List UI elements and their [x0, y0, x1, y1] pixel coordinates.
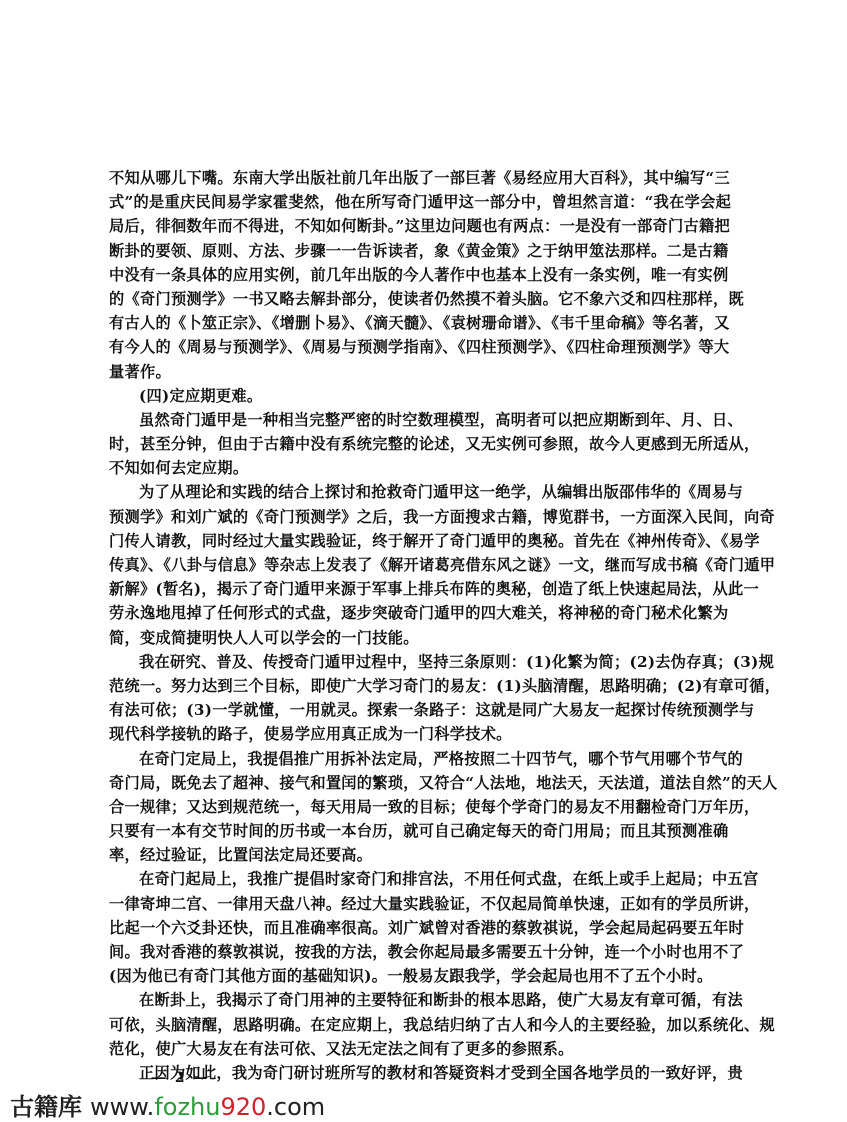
text-line: 为了从理论和实践的结合上探讨和抢救奇门遁甲这一绝学，从编辑出版邵伟华的《周易与: [109, 480, 717, 504]
text-line: 劳永逸地甩掉了任何形式的式盘，逐步突破奇门遁甲的四大难关，将神秘的奇门秘术化繁为: [109, 601, 717, 625]
text-line: 在奇门起局上，我推广提倡时家奇门和排宫法，不用任何式盘，在纸上或手上起局；中五宫: [109, 867, 717, 891]
text-line: 我在研究、普及、传授奇门遁甲过程中，坚持三条原则：(1)化繁为简；(2)去伪存真…: [109, 650, 717, 674]
text-line: 不知如何去定应期。: [109, 456, 717, 480]
watermark: 古籍库www.fozhu920.com: [10, 1087, 325, 1122]
text-line: 局后，徘徊数年而不得进，不知如何断卦。”这里边问题也有两点：一是没有一部奇门古籍…: [109, 214, 717, 238]
page-number: — 2 —: [152, 1070, 210, 1086]
text-line: 可依，头脑清醒，思路明确。在定应期上，我总结归纳了古人和今人的主要经验，加以系统…: [109, 1013, 717, 1037]
text-line: 式”的是重庆民间易学家霍斐然，他在所写奇门遁甲这一部分中，曾坦然言道：“我在学会…: [109, 190, 717, 214]
text-line: 时，甚至分钟，但由于古籍中没有系统完整的论述，又无实例可参照，故今人更感到无所适…: [109, 432, 717, 456]
text-line: 断卦的要领、原则、方法、步骤一一告诉读者，象《黄金策》之于纳甲筮法那样。二是古籍: [109, 239, 717, 263]
text-line: 的《奇门预测学》一书又略去解卦部分，使读者仍然摸不着头脑。它不象六爻和四柱那样，…: [109, 287, 717, 311]
text-line: 比起一个六爻卦还快，而且准确率很高。刘广斌曾对香港的蔡敦祺说，学会起局起码要五年…: [109, 916, 717, 940]
text-line: 有法可依；(3)一学就懂，一用就灵。探索一条路子：这就是同广大易友一起探讨传统预…: [109, 698, 717, 722]
text-line: 在断卦上，我揭示了奇门用神的主要特征和断卦的根本思路，使广大易友有章可循，有法: [109, 988, 717, 1012]
text-line: 虽然奇门遁甲是一种相当完整严密的时空数理模型，高明者可以把应期断到年、月、日、: [109, 408, 717, 432]
text-line: 简，变成简捷明快人人可以学会的一门技能。: [109, 626, 717, 650]
watermark-url-red: 920: [220, 1093, 266, 1121]
text-line: 门传人请教，同时经过大量实践验证，终于解开了奇门遁甲的奥秘。首先在《神州传奇》、…: [109, 529, 717, 553]
text-line: 传真》、《八卦与信息》等杂志上发表了《解开诸葛亮借东风之谜》一文，继而写成书稿《…: [109, 553, 717, 577]
text-line: 间。我对香港的蔡敦祺说，按我的方法，教会你起局最多需要五十分钟，连一个小时也用不…: [109, 940, 717, 964]
text-line: 只要有一本有交节时间的历书或一本台历，就可自己确定每天的奇门用局；而且其预测准确: [109, 819, 717, 843]
watermark-url-green: fozhu: [154, 1093, 220, 1121]
text-line: (因为他已有奇门其他方面的基础知识)。一般易友跟我学，学会起局也用不了五个小时。: [109, 964, 717, 988]
text-line: 合一规律；又达到规范统一，每天用局一致的目标；使每个学奇门的易友不用翻检奇门万年…: [109, 795, 717, 819]
text-line: 有今人的《周易与预测学》、《周易与预测学指南》、《四柱预测学》、《四柱命理预测学…: [109, 335, 717, 359]
watermark-url-prefix: www.: [90, 1093, 154, 1121]
text-line: 不知从哪儿下嘴。东南大学出版社前几年出版了一部巨著《易经应用大百科》，其中编写“…: [109, 166, 717, 190]
text-line: 有古人的《卜筮正宗》、《增删卜易》、《滴天髓》、《袁树珊命谱》、《韦千里命稿》等…: [109, 311, 717, 335]
body-text: 不知从哪儿下嘴。东南大学出版社前几年出版了一部巨著《易经应用大百科》，其中编写“…: [109, 166, 717, 1085]
text-line: 预测学》和刘广斌的《奇门预测学》之后，我一方面搜求古籍，博览群书，一方面深入民间…: [109, 505, 717, 529]
text-line: 范统一。努力达到三个目标，即使广大学习奇门的易友：(1)头脑清醒，思路明确；(2…: [109, 674, 717, 698]
text-line: 在奇门定局上，我提倡推广用拆补法定局，严格按照二十四节气，哪个节气用哪个节气的: [109, 747, 717, 771]
text-line: 量著作。: [109, 360, 717, 384]
text-line: 范化，使广大易友在有法可依、又法无定法之间有了更多的参照系。: [109, 1037, 717, 1061]
watermark-url-suffix: .com: [266, 1093, 325, 1121]
scanned-page: 不知从哪儿下嘴。东南大学出版社前几年出版了一部巨著《易经应用大百科》，其中编写“…: [0, 0, 847, 1122]
text-line: 现代科学接轨的路子，使易学应用真正成为一门科学技术。: [109, 722, 717, 746]
text-line: 中没有一条具体的应用实例，前几年出版的今人著作中也基本上没有一条实例，唯一有实例: [109, 263, 717, 287]
section-heading: (四)定应期更难。: [109, 384, 717, 408]
text-line: 一律寄坤二宫、一律用天盘八神。经过大量实践验证，不仅起局简单快速，正如有的学员所…: [109, 892, 717, 916]
text-line: 率，经过验证，比置闰法定局还要高。: [109, 843, 717, 867]
watermark-site-name: 古籍库: [10, 1093, 82, 1121]
text-line: 新解》(暂名)，揭示了奇门遁甲来源于军事上排兵布阵的奥秘，创造了纸上快速起局法，…: [109, 577, 717, 601]
text-line: 奇门局，既免去了超神、接气和置闰的繁琐，又符合“人法地，地法天，天法道，道法自然…: [109, 771, 717, 795]
